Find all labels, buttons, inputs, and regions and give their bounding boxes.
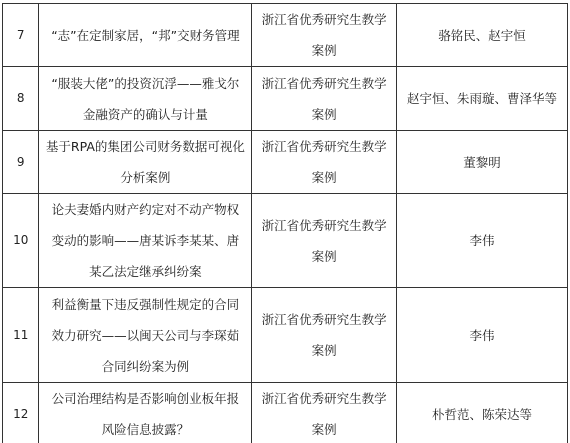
row-number: 9: [3, 131, 39, 194]
case-authors: 李伟: [396, 194, 567, 288]
case-type: 浙江省优秀研究生教学案例: [252, 131, 397, 194]
row-number: 8: [3, 67, 39, 131]
table-row: 10 论夫妻婚内财产约定对不动产物权变动的影响——唐某诉李某某、唐某乙法定继承纠…: [3, 194, 568, 288]
case-table: 7 “志”在定制家居，“邦”交财务管理 浙江省优秀研究生教学案例 骆铭民、赵宇恒…: [2, 3, 568, 443]
case-title: 论夫妻婚内财产约定对不动产物权变动的影响——唐某诉李某某、唐某乙法定继承纠纷案: [39, 194, 252, 288]
case-authors: 骆铭民、赵宇恒: [396, 4, 567, 67]
row-number: 12: [3, 383, 39, 443]
row-number: 10: [3, 194, 39, 288]
table-row: 12 公司治理结构是否影响创业板年报风险信息披露？ 浙江省优秀研究生教学案例 朴…: [3, 383, 568, 443]
case-title: “志”在定制家居，“邦”交财务管理: [39, 4, 252, 67]
case-type: 浙江省优秀研究生教学案例: [252, 383, 397, 443]
case-authors: 赵宇恒、朱雨璇、曹泽华等: [396, 67, 567, 131]
case-title: 利益衡量下违反强制性规定的合同效力研究——以闽天公司与李琛茹合同纠纷案为例: [39, 288, 252, 383]
row-number: 7: [3, 4, 39, 67]
case-authors: 朴哲范、陈荣达等: [396, 383, 567, 443]
case-title: 基于RPA的集团公司财务数据可视化分析案例: [39, 131, 252, 194]
case-type: 浙江省优秀研究生教学案例: [252, 67, 397, 131]
case-type: 浙江省优秀研究生教学案例: [252, 194, 397, 288]
table-row: 9 基于RPA的集团公司财务数据可视化分析案例 浙江省优秀研究生教学案例 董黎明: [3, 131, 568, 194]
row-number: 11: [3, 288, 39, 383]
case-authors: 董黎明: [396, 131, 567, 194]
case-title: “服装大佬”的投资沉浮——雅戈尔金融资产的确认与计量: [39, 67, 252, 131]
table-row: 7 “志”在定制家居，“邦”交财务管理 浙江省优秀研究生教学案例 骆铭民、赵宇恒: [3, 4, 568, 67]
table-row: 11 利益衡量下违反强制性规定的合同效力研究——以闽天公司与李琛茹合同纠纷案为例…: [3, 288, 568, 383]
case-type: 浙江省优秀研究生教学案例: [252, 288, 397, 383]
case-title: 公司治理结构是否影响创业板年报风险信息披露？: [39, 383, 252, 443]
case-authors: 李伟: [396, 288, 567, 383]
case-type: 浙江省优秀研究生教学案例: [252, 4, 397, 67]
table-row: 8 “服装大佬”的投资沉浮——雅戈尔金融资产的确认与计量 浙江省优秀研究生教学案…: [3, 67, 568, 131]
